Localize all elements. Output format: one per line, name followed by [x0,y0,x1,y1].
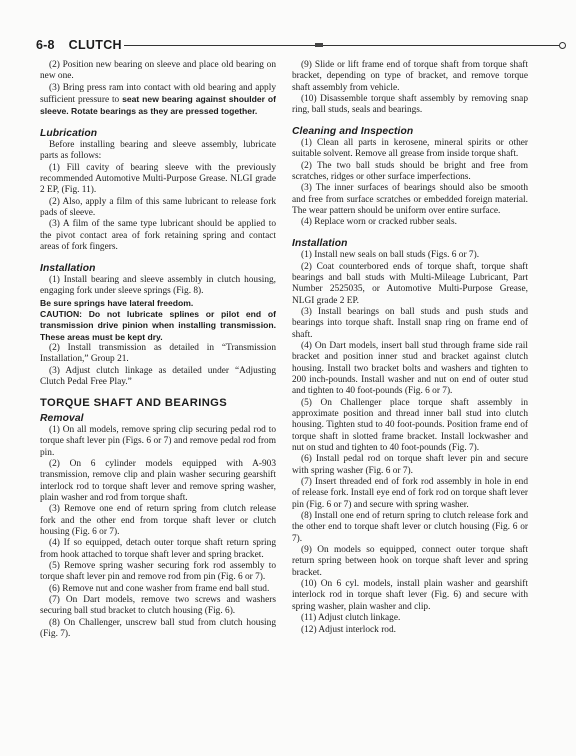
list-item: (4) Replace worn or cracked rubber seals… [292,217,528,228]
list-item: (1) On all models, remove spring clip se… [40,425,276,459]
rule-mark [315,43,323,47]
list-item: (3) A film of the same type lubricant sh… [40,219,276,253]
subheading-installation: Installation [292,238,528,249]
right-column: (9) Slide or lift frame end of torque sh… [292,60,528,636]
caution-note: CAUTION: Do not lubricate splines or pil… [40,309,276,343]
emphasis-text: Be sure springs have lateral freedom. [40,298,276,309]
page-header: 6-8 CLUTCH [36,37,566,53]
list-item: (9) Slide or lift frame end of torque sh… [292,60,528,94]
list-item: (10) Disassemble torque shaft assembly b… [292,94,528,117]
section-heading-torque-shaft: TORQUE SHAFT AND BEARINGS [40,398,276,409]
subheading-installation: Installation [40,263,276,274]
paragraph: (3) Bring press ram into contact with ol… [40,83,276,119]
list-item: (6) Remove nut and cone washer from fram… [40,584,276,595]
list-item: (5) Remove spring washer securing fork r… [40,561,276,584]
list-item: (2) The two ball studs should be bright … [292,161,528,184]
list-item: (7) Insert threaded end of fork rod asse… [292,477,528,511]
paragraph: Before installing bearing and sleeve ass… [40,140,276,163]
list-item: (1) Install bearing and sleeve assembly … [40,275,276,298]
subheading-lubrication: Lubrication [40,128,276,139]
list-item: (3) Install bearings on ball studs and p… [292,307,528,341]
list-item: (9) On models so equipped, connect outer… [292,545,528,579]
list-item: (6) Install pedal rod on torque shaft le… [292,454,528,477]
section-title: CLUTCH [69,38,122,52]
list-item: (8) On Challenger, unscrew ball stud fro… [40,618,276,641]
list-item: (5) On Challenger place torque shaft ass… [292,398,528,455]
subheading-cleaning-inspection: Cleaning and Inspection [292,126,528,137]
list-item: (4) If so equipped, detach outer torque … [40,538,276,561]
list-item: (10) On 6 cyl. models, install plain was… [292,579,528,613]
subheading-removal: Removal [40,413,276,424]
list-item: (8) Install one end of return spring to … [292,511,528,545]
list-item: (11) Adjust clutch linkage. [292,613,528,624]
list-item: (2) Install transmission as detailed in … [40,343,276,366]
list-item: (2) On 6 cylinder models equipped with A… [40,459,276,504]
left-column: (2) Position new bearing on sleeve and p… [40,60,276,641]
list-item: (3) Adjust clutch linkage as detailed un… [40,366,276,389]
header-rule [124,45,559,46]
list-item: (1) Fill cavity of bearing sleeve with t… [40,163,276,197]
list-item: (2) Coat counterbored ends of torque sha… [292,262,528,307]
list-item: (2) Also, apply a film of this same lubr… [40,197,276,220]
list-item: (7) On Dart models, remove two screws an… [40,595,276,618]
list-item: (3) Remove one end of return spring from… [40,504,276,538]
paragraph: (2) Position new bearing on sleeve and p… [40,60,276,83]
page-number: 6-8 [36,38,55,52]
list-item: (3) The inner surfaces of bearings shoul… [292,183,528,217]
list-item: (1) Clean all parts in kerosene, mineral… [292,138,528,161]
list-item: (12) Adjust interlock rod. [292,625,528,636]
list-item: (4) On Dart models, insert ball stud thr… [292,341,528,398]
rule-end-circle-icon [559,42,566,49]
list-item: (1) Install new seals on ball studs (Fig… [292,250,528,261]
